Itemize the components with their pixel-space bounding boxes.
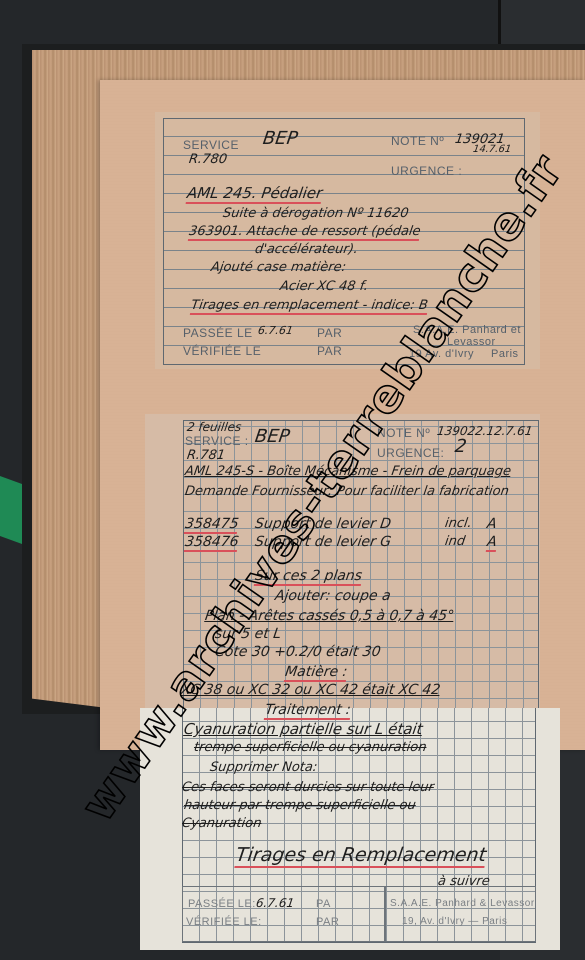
part-indice-label: ind [444,534,466,549]
note1-line-4: d'accélérateur). [254,242,359,257]
note1-company-city: Paris [491,348,519,360]
note1-note-label: NOTE Nº [391,134,444,148]
note2-passee-value: 6.7.61 [255,896,295,910]
part-indice-label: incl. [444,516,473,531]
note2-change-9: Cyanuration partielle sur L était [183,720,424,738]
note1-line-2: Suite à dérogation Nº 11620 [222,206,410,221]
note2-company-line1: S.A.A.E. Panhard & Levassor [390,898,535,909]
note2-par-label-2: PAR [316,916,339,928]
note2-change-6: Matière : [284,664,349,682]
note2-change-12: Ces faces seront durcies sur toute leur [181,780,435,795]
note1-passee-value: 6.7.61 [257,324,294,337]
note1-par-label-2: PAR [317,344,342,358]
note2-par-label-1: PA [316,898,331,910]
note1-line-1: AML 245. Pédalier [186,184,324,204]
note1-service-label: SERVICE [183,138,239,152]
note2-company-line2: 19, Av. d'Ivry — Paris [402,916,507,927]
note1-urgence-label: URGENCE : [391,164,462,178]
note1-line-5: Ajouté case matière: [210,260,347,275]
note1-line-3: 363901. Attache de ressort (pédale [188,224,422,241]
modification-note-2-lower: Traitement : Cyanuration partielle sur L… [140,708,560,950]
note2-footer-title: Tirages en Remplacement [234,844,487,868]
note1-service-ref: R.780 [188,152,228,167]
note2-change-11: Supprimer Nota: [209,760,318,775]
background-edge [498,0,501,50]
note2-footer-divider [384,886,386,942]
note1-note-date: 14.7.61 [472,144,512,155]
green-strip [0,476,22,544]
note2-change-8: Traitement : [264,702,352,720]
note2-service-label: SERVICE : [185,434,249,448]
note2-change-2: Ajouter: coupe a [274,588,392,604]
note1-verifiee-label: VÉRIFIÉE LE [183,344,261,358]
note2-sheets: 2 feuilles [186,420,242,434]
note1-passee-label: PASSÉE LE [183,326,253,340]
note1-line-6: Acier XC 48 f. [279,279,369,294]
note2-service-value: BEP [254,426,292,447]
note2-change-7: XC 38 ou XC 32 ou XC 42 était XC 42 [180,682,441,698]
note2-footer-frame [182,886,536,942]
part-number: 358476 [184,534,240,552]
note2-change-14: Cyanuration [181,816,263,831]
note2-note-number: 139022.12.7.61 [436,424,533,438]
note2-verifiee-label: VÉRIFIÉE LE: [186,916,262,928]
note1-par-label: PAR [317,326,342,340]
note1-service-value: BEP [262,128,300,149]
note2-change-13: hauteur par trempe superficielle ou [183,798,417,813]
note1-line-7: Tirages en remplacement - indice: B [190,298,429,315]
note2-urgence-label: URGENCE: [377,446,444,460]
part-indice: A [486,534,498,552]
part-number: 358475 [184,516,240,534]
note2-service-ref: R.781 [186,448,226,463]
note2-passee-label: PASSÉE LE: [188,898,256,910]
part-indice: A [486,516,498,532]
note2-change-10: trempe superficielle ou cyanuration [193,740,428,755]
